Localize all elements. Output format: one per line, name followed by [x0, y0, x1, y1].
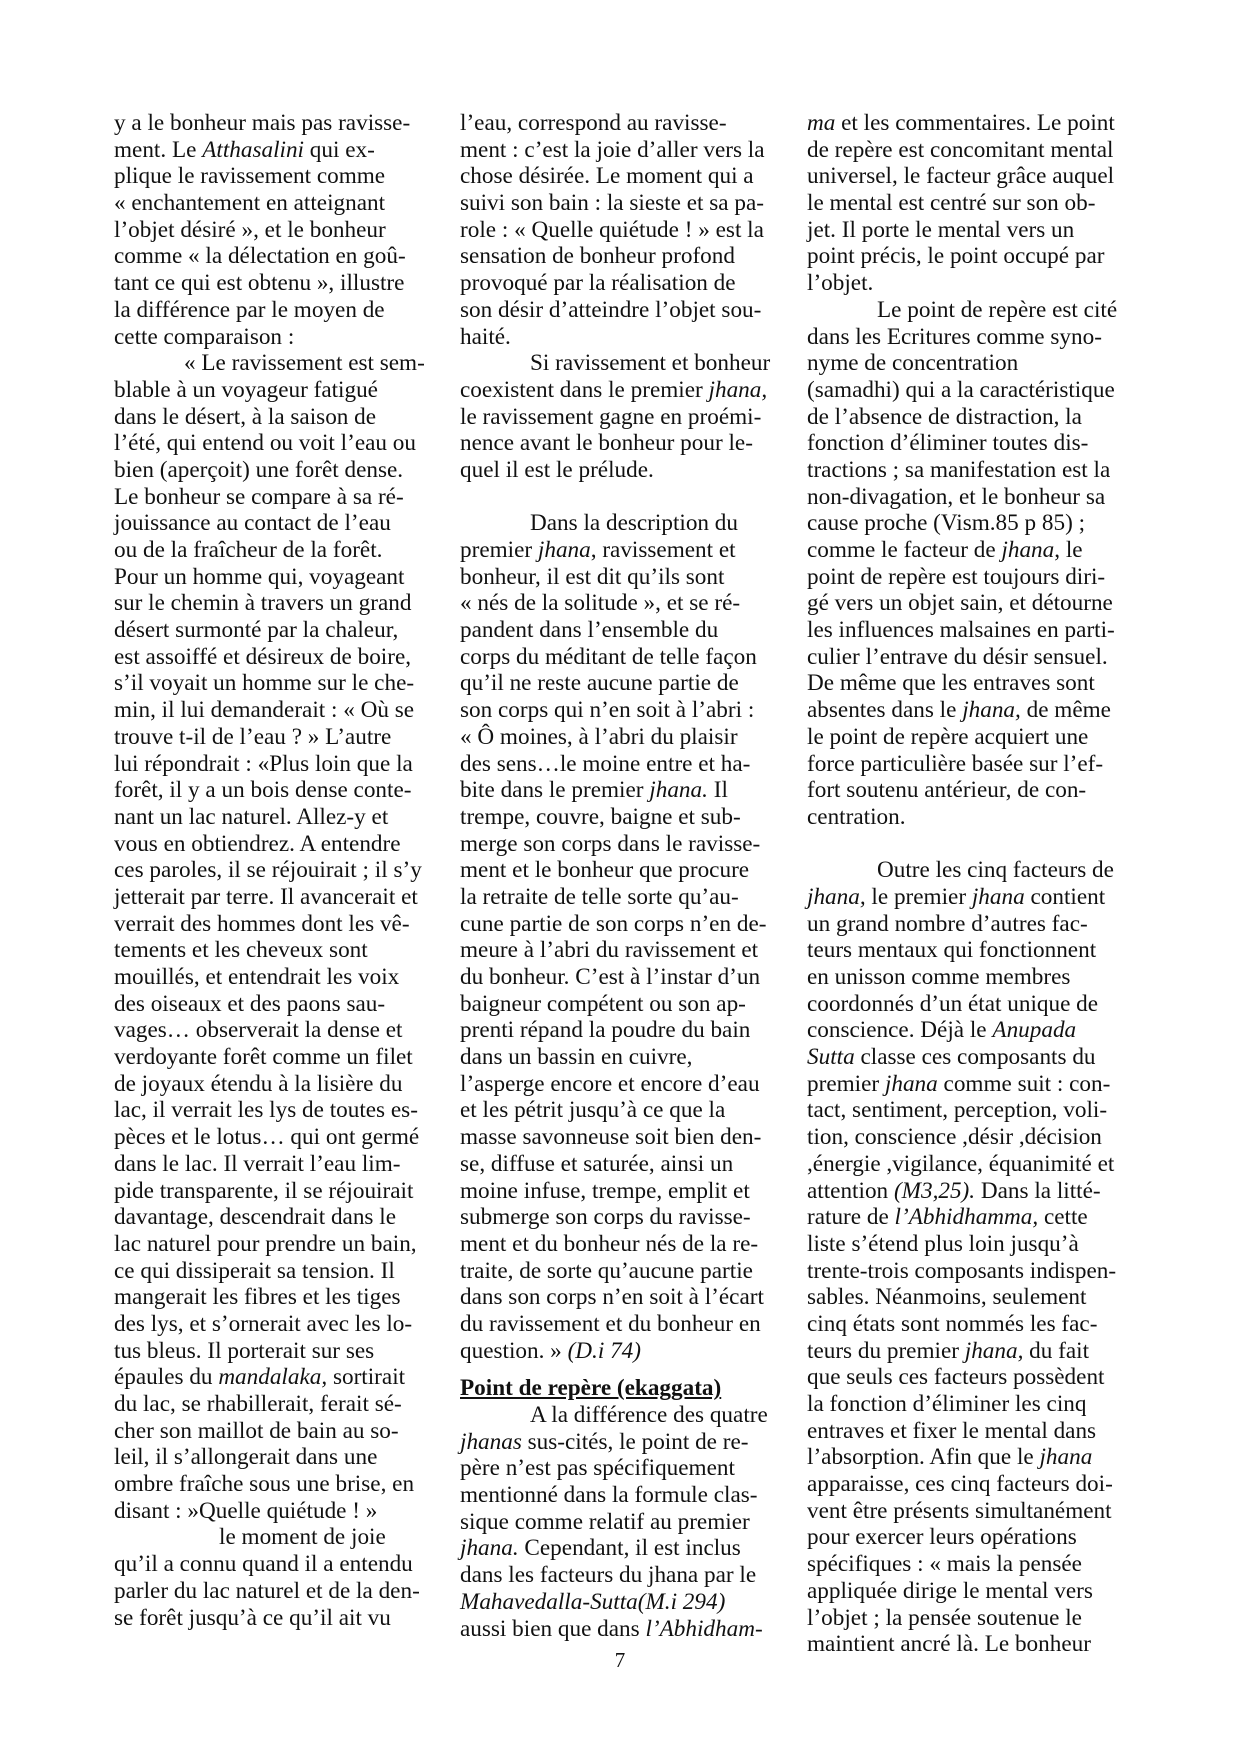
text-line: pide transparente, il se réjouirait	[114, 1178, 414, 1205]
text-line: parler du lac naturel et de la den-	[114, 1578, 414, 1605]
text-line: ment et du bonheur nés de la re-	[460, 1231, 760, 1258]
text-line: teurs du premier jhana, du fait	[807, 1338, 1127, 1365]
text-line: cher son maillot de bain au so-	[114, 1418, 414, 1445]
text-line: suivi son bain : la sieste et sa pa-	[460, 190, 760, 217]
text-line: cinq états sont nommés les fac-	[807, 1311, 1127, 1338]
text-line: masse savonneuse soit bien den-	[460, 1124, 760, 1151]
text-line: provoqué par la réalisation de	[460, 270, 760, 297]
text-line: attention (M3,25). Dans la litté-	[807, 1178, 1127, 1205]
text-line: quel il est le prélude.	[460, 457, 760, 484]
text-line: jhana, le premier jhana contient	[807, 884, 1127, 911]
section-heading: Point de repère (ekaggata)	[460, 1375, 760, 1402]
text-line: trente-trois composants indispen-	[807, 1258, 1127, 1285]
text-line: lac naturel pour prendre un bain,	[114, 1231, 414, 1258]
text-line: des sens…le moine entre et ha-	[460, 751, 760, 778]
text-line: que seuls ces facteurs possèdent	[807, 1364, 1127, 1391]
text-line	[460, 484, 760, 511]
text-column-1: y a le bonheur mais pas ravisse-ment. Le…	[114, 110, 414, 1631]
text-line: mangerait les fibres et les tiges	[114, 1284, 414, 1311]
text-line: l’été, qui entend ou voit l’eau ou	[114, 430, 414, 457]
text-line: épaules du mandalaka, sortirait	[114, 1364, 414, 1391]
text-line: ment : c’est la joie d’aller vers la	[460, 137, 760, 164]
text-line: et les pétrit jusqu’à ce que la	[460, 1097, 760, 1124]
text-line: submerge son corps du ravisse-	[460, 1204, 760, 1231]
text-line: un grand nombre d’autres fac-	[807, 911, 1127, 938]
text-line: nant un lac naturel. Allez-y et	[114, 804, 414, 831]
text-line: blable à un voyageur fatigué	[114, 377, 414, 404]
text-line: de l’absence de distraction, la	[807, 404, 1127, 431]
text-line: l’objet désiré », et le bonheur	[114, 217, 414, 244]
text-line: le ravissement gagne en proémi-	[460, 404, 760, 431]
text-line: mentionné dans la formule clas-	[460, 1482, 760, 1509]
text-line: forêt, il y a un bois dense conte-	[114, 777, 414, 804]
text-line: sique comme relatif au premier	[460, 1509, 760, 1536]
text-line: tant ce qui est obtenu », illustre	[114, 270, 414, 297]
text-line: appliquée dirige le mental vers	[807, 1578, 1127, 1605]
text-line: son corps qui n’en soit à l’abri :	[460, 697, 760, 724]
text-line: la fonction d’éliminer les cinq	[807, 1391, 1127, 1418]
text-line: mouillés, et entendrait les voix	[114, 964, 414, 991]
text-line: verdoyante forêt comme un filet	[114, 1044, 414, 1071]
text-column-2: l’eau, correspond au ravisse-ment : c’es…	[460, 110, 760, 1642]
text-line: trempe, couvre, baigne et sub-	[460, 804, 760, 831]
text-line: du bonheur. C’est à l’instar d’un	[460, 964, 760, 991]
text-line: le moment de joie	[114, 1524, 414, 1551]
text-line: Dans la description du	[460, 510, 760, 537]
text-line: comme le facteur de jhana, le	[807, 537, 1127, 564]
text-line: fonction d’éliminer toutes dis-	[807, 430, 1127, 457]
text-line: baigneur compétent ou son ap-	[460, 991, 760, 1018]
text-line: trouve t-il de l’eau ? » L’autre	[114, 724, 414, 751]
text-line: de repère est concomitant mental	[807, 137, 1127, 164]
text-line: point de repère est toujours diri-	[807, 564, 1127, 591]
text-line: jhanas sus-cités, le point de re-	[460, 1429, 760, 1456]
text-line: « nés de la solitude », et se ré-	[460, 590, 760, 617]
text-line: rature de l’Abhidhamma, cette	[807, 1204, 1127, 1231]
text-line: de joyaux étendu à la lisière du	[114, 1071, 414, 1098]
text-line: coordonnés d’un état unique de	[807, 991, 1127, 1018]
text-line: ou de la fraîcheur de la forêt.	[114, 537, 414, 564]
text-line: jetterait par terre. Il avancerait et	[114, 884, 414, 911]
text-line: lui répondrait : «Plus loin que la	[114, 751, 414, 778]
text-line: teurs mentaux qui fonctionnent	[807, 937, 1127, 964]
text-line: prenti répand la poudre du bain	[460, 1017, 760, 1044]
text-line: universel, le facteur grâce auquel	[807, 163, 1127, 190]
text-line: cune partie de son corps n’en de-	[460, 911, 760, 938]
text-line: entraves et fixer le mental dans	[807, 1418, 1127, 1445]
text-line: l’absorption. Afin que le jhana	[807, 1444, 1127, 1471]
text-line: ma et les commentaires. Le point	[807, 110, 1127, 137]
text-line: cette comparaison :	[114, 324, 414, 351]
text-line: Si ravissement et bonheur	[460, 350, 760, 377]
text-line: « enchantement en atteignant	[114, 190, 414, 217]
text-line: la différence par le moyen de	[114, 297, 414, 324]
text-line: du ravissement et du bonheur en	[460, 1311, 760, 1338]
text-line: comme « la délectation en goû-	[114, 243, 414, 270]
text-line	[807, 831, 1127, 858]
text-line: absentes dans le jhana, de même	[807, 697, 1127, 724]
text-line: en unisson comme membres	[807, 964, 1127, 991]
text-line: premier jhana, ravissement et	[460, 537, 760, 564]
text-line: fort soutenu antérieur, de con-	[807, 777, 1127, 804]
text-line: désert surmonté par la chaleur,	[114, 617, 414, 644]
text-line: du lac, se rhabillerait, ferait sé-	[114, 1391, 414, 1418]
text-line: son désir d’atteindre l’objet sou-	[460, 297, 760, 324]
text-line: conscience. Déjà le Anupada	[807, 1017, 1127, 1044]
text-line: (samadhi) qui a la caractéristique	[807, 377, 1127, 404]
text-line: se forêt jusqu’à ce qu’il ait vu	[114, 1605, 414, 1632]
text-line: centration.	[807, 804, 1127, 831]
text-line: l’asperge encore et encore d’eau	[460, 1071, 760, 1098]
text-line: se, diffuse et saturée, ainsi un	[460, 1151, 760, 1178]
text-line: sensation de bonheur profond	[460, 243, 760, 270]
text-line: disant : »Quelle quiétude ! »	[114, 1498, 414, 1525]
text-line: y a le bonheur mais pas ravisse-	[114, 110, 414, 137]
text-line: l’objet ; la pensée soutenue le	[807, 1605, 1127, 1632]
text-line: aussi bien que dans l’Abhidham-	[460, 1616, 760, 1643]
text-line: plique le ravissement comme	[114, 163, 414, 190]
text-line: tractions ; sa manifestation est la	[807, 457, 1127, 484]
text-line: vous en obtiendrez. A entendre	[114, 831, 414, 858]
text-line: non-divagation, et le bonheur sa	[807, 484, 1127, 511]
text-line: Outre les cinq facteurs de	[807, 857, 1127, 884]
text-line: « Ô moines, à l’abri du plaisir	[460, 724, 760, 751]
text-line: bien (aperçoit) une forêt dense.	[114, 457, 414, 484]
text-line: tus bleus. Il porterait sur ses	[114, 1338, 414, 1365]
text-line: premier jhana comme suit : con-	[807, 1071, 1127, 1098]
text-line: qu’il ne reste aucune partie de	[460, 670, 760, 697]
text-line: « Le ravissement est sem-	[114, 350, 414, 377]
text-line: davantage, descendrait dans le	[114, 1204, 414, 1231]
text-line: dans son corps n’en soit à l’écart	[460, 1284, 760, 1311]
text-line: vages… observerait la dense et	[114, 1017, 414, 1044]
text-line: leil, il s’allongerait dans une	[114, 1444, 414, 1471]
text-line: apparaisse, ces cinq facteurs doi-	[807, 1471, 1127, 1498]
text-line: le point de repère acquiert une	[807, 724, 1127, 751]
text-line: corps du méditant de telle façon	[460, 644, 760, 671]
text-line: est assoiffé et désireux de boire,	[114, 644, 414, 671]
text-line: min, il lui demanderait : « Où se	[114, 697, 414, 724]
text-line: spécifiques : « mais la pensée	[807, 1551, 1127, 1578]
text-line: ,énergie ,vigilance, équanimité et	[807, 1151, 1127, 1178]
text-line: sables. Néanmoins, seulement	[807, 1284, 1127, 1311]
text-line: s’il voyait un homme sur le che-	[114, 670, 414, 697]
text-line: meure à l’abri du ravissement et	[460, 937, 760, 964]
text-line: des lys, et s’ornerait avec les lo-	[114, 1311, 414, 1338]
text-line: dans les facteurs du jhana par le	[460, 1562, 760, 1589]
page-number: 7	[0, 1648, 1240, 1673]
text-line: Sutta classe ces composants du	[807, 1044, 1127, 1071]
text-line: ombre fraîche sous une brise, en	[114, 1471, 414, 1498]
text-line: qu’il a connu quand il a entendu	[114, 1551, 414, 1578]
text-line: la retraite de telle sorte qu’au-	[460, 884, 760, 911]
text-line: haité.	[460, 324, 760, 351]
text-line: point précis, le point occupé par	[807, 243, 1127, 270]
text-line: dans les Ecritures comme syno-	[807, 324, 1127, 351]
text-line: force particulière basée sur l’ef-	[807, 751, 1127, 778]
text-line: Mahavedalla-Sutta(M.i 294)	[460, 1589, 760, 1616]
text-line: question. » (D.i 74)	[460, 1338, 760, 1365]
text-line: Le bonheur se compare à sa ré-	[114, 484, 414, 511]
text-line: des oiseaux et des paons sau-	[114, 991, 414, 1018]
text-line: bite dans le premier jhana. Il	[460, 777, 760, 804]
text-line: coexistent dans le premier jhana,	[460, 377, 760, 404]
text-line: sur le chemin à travers un grand	[114, 590, 414, 617]
text-line: bonheur, il est dit qu’ils sont	[460, 564, 760, 591]
document-page: y a le bonheur mais pas ravisse-ment. Le…	[0, 0, 1240, 1754]
text-line: verrait des hommes dont les vê-	[114, 911, 414, 938]
text-line: tact, sentiment, perception, voli-	[807, 1097, 1127, 1124]
text-line: Le point de repère est cité	[807, 297, 1127, 324]
text-line: jhana. Cependant, il est inclus	[460, 1535, 760, 1562]
text-line: père n’est pas spécifiquement	[460, 1455, 760, 1482]
text-line: dans le lac. Il verrait l’eau lim-	[114, 1151, 414, 1178]
text-line: tements et les cheveux sont	[114, 937, 414, 964]
text-line: les influences malsaines en parti-	[807, 617, 1127, 644]
text-line: ces paroles, il se réjouirait ; il s’y	[114, 857, 414, 884]
text-line: l’eau, correspond au ravisse-	[460, 110, 760, 137]
text-line: Pour un homme qui, voyageant	[114, 564, 414, 591]
text-line: pandent dans l’ensemble du	[460, 617, 760, 644]
text-line: cause proche (Vism.85 p 85) ;	[807, 510, 1127, 537]
text-line: traite, de sorte qu’aucune partie	[460, 1258, 760, 1285]
text-line: ment et le bonheur que procure	[460, 857, 760, 884]
text-line: jouissance au contact de l’eau	[114, 510, 414, 537]
text-line: dans un bassin en cuivre,	[460, 1044, 760, 1071]
text-line: role : « Quelle quiétude ! » est la	[460, 217, 760, 244]
text-column-3: ma et les commentaires. Le pointde repèr…	[807, 110, 1127, 1658]
text-line: l’objet.	[807, 270, 1127, 297]
text-line: ce qui dissiperait sa tension. Il	[114, 1258, 414, 1285]
text-line: liste s’étend plus loin jusqu’à	[807, 1231, 1127, 1258]
text-line: dans le désert, à la saison de	[114, 404, 414, 431]
text-line: le mental est centré sur son ob-	[807, 190, 1127, 217]
text-line: nyme de concentration	[807, 350, 1127, 377]
text-line: vent être présents simultanément	[807, 1498, 1127, 1525]
text-line: moine infuse, trempe, emplit et	[460, 1178, 760, 1205]
text-line: pour exercer leurs opérations	[807, 1524, 1127, 1551]
text-line: merge son corps dans le ravisse-	[460, 831, 760, 858]
text-line: chose désirée. Le moment qui a	[460, 163, 760, 190]
text-line: pèces et le lotus… qui ont germé	[114, 1124, 414, 1151]
text-line: nence avant le bonheur pour le-	[460, 430, 760, 457]
text-line: ment. Le Atthasalini qui ex-	[114, 137, 414, 164]
text-line: gé vers un objet sain, et détourne	[807, 590, 1127, 617]
text-line: tion, conscience ,désir ,décision	[807, 1124, 1127, 1151]
text-line: A la différence des quatre	[460, 1402, 760, 1429]
text-line: lac, il verrait les lys de toutes es-	[114, 1097, 414, 1124]
text-line: jet. Il porte le mental vers un	[807, 217, 1127, 244]
text-line: culier l’entrave du désir sensuel.	[807, 644, 1127, 671]
text-line: De même que les entraves sont	[807, 670, 1127, 697]
